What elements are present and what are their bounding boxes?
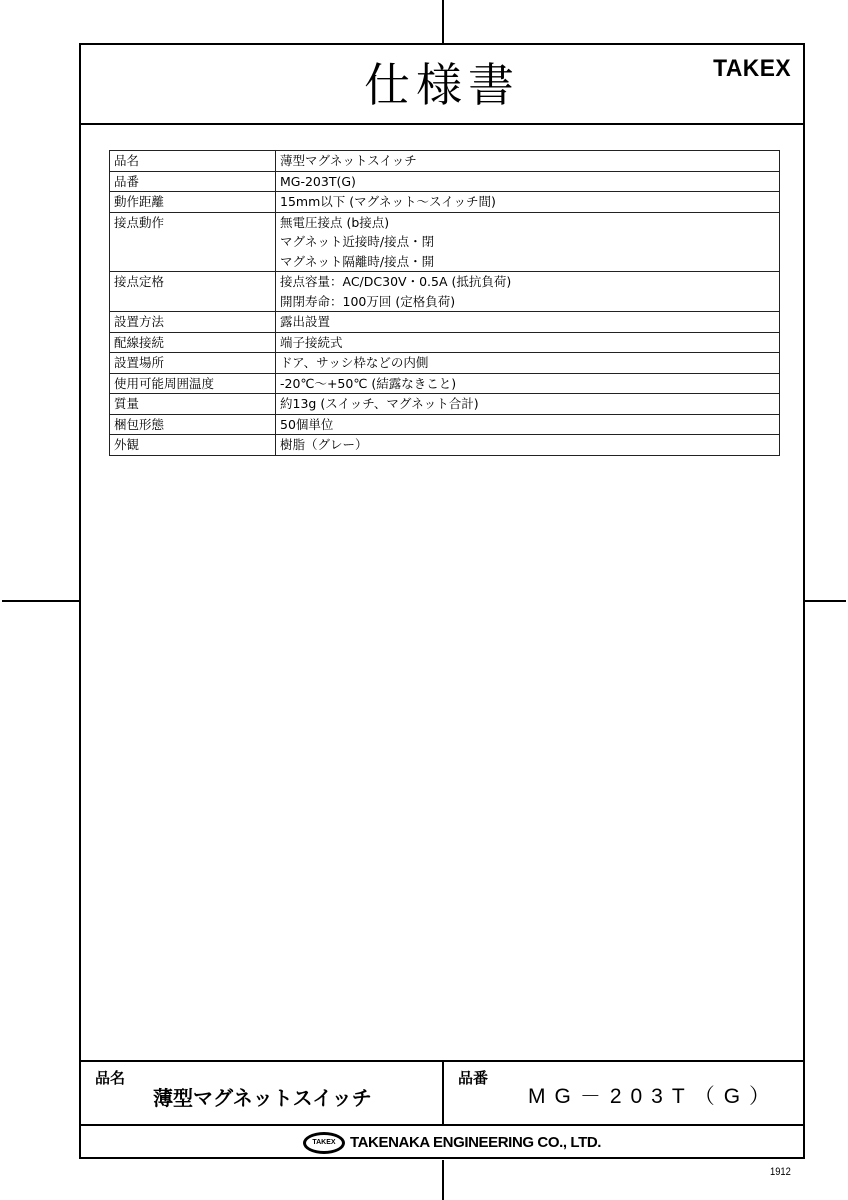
footer-code-value: MG－203T（G） xyxy=(528,1080,779,1110)
spec-value-line: 端子接続式 xyxy=(280,333,775,353)
spec-label: 動作距離 xyxy=(110,192,276,213)
spec-label: 設置場所 xyxy=(110,353,276,374)
spec-value: 無電圧接点 (b接点)マグネット近接時/接点・閉マグネット隔離時/接点・開 xyxy=(276,212,780,272)
table-row: 質量約13g (スイッチ、マグネット合計) xyxy=(110,394,780,415)
spec-label: 梱包形態 xyxy=(110,414,276,435)
spec-label: 外観 xyxy=(110,435,276,456)
spec-value-line: マグネット近接時/接点・閉 xyxy=(280,232,775,252)
spec-value-line: 開閉寿命：100万回 (定格負荷) xyxy=(280,292,775,312)
footer-name-label: 品名 xyxy=(95,1067,125,1088)
footer-name-value: 薄型マグネットスイッチ xyxy=(153,1082,372,1111)
spec-value-line: 約13g (スイッチ、マグネット合計) xyxy=(280,394,775,414)
spec-value-line: ドア、サッシ枠などの内側 xyxy=(280,353,775,373)
spec-value: 接点容量：AC/DC30V・0.5A (抵抗負荷)開閉寿命：100万回 (定格負… xyxy=(276,272,780,312)
document-frame: 仕様書 TAKEX 品名薄型マグネットスイッチ品番MG-203T(G)動作距離1… xyxy=(79,43,805,1159)
crop-mark-top xyxy=(442,0,444,44)
spec-value-line: 接点容量：AC/DC30V・0.5A (抵抗負荷) xyxy=(280,272,775,292)
spec-label: 接点動作 xyxy=(110,212,276,272)
spec-value-line: 露出設置 xyxy=(280,312,775,332)
spec-value: 50個単位 xyxy=(276,414,780,435)
spec-value: -20℃～+50℃ (結露なきこと) xyxy=(276,373,780,394)
page-title: 仕様書 xyxy=(81,55,803,115)
table-row: 品番MG-203T(G) xyxy=(110,171,780,192)
spec-label: 配線接続 xyxy=(110,332,276,353)
takex-oval-logo-icon: TAKEX xyxy=(303,1132,345,1154)
spec-label: 使用可能周囲温度 xyxy=(110,373,276,394)
footer-product-code-cell: 品番 MG－203T（G） xyxy=(444,1062,803,1124)
product-footer: 品名 薄型マグネットスイッチ 品番 MG－203T（G） xyxy=(81,1060,803,1126)
spec-value: 端子接続式 xyxy=(276,332,780,353)
spec-table: 品名薄型マグネットスイッチ品番MG-203T(G)動作距離15mm以下 (マグネ… xyxy=(109,150,780,456)
spec-value-line: 無電圧接点 (b接点) xyxy=(280,213,775,233)
document-header: 仕様書 TAKEX xyxy=(81,45,803,125)
spec-value: MG-203T(G) xyxy=(276,171,780,192)
document-code: 1912 xyxy=(770,1166,791,1178)
table-row: 動作距離15mm以下 (マグネット～スイッチ間) xyxy=(110,192,780,213)
spec-value-line: 50個単位 xyxy=(280,415,775,435)
spec-label: 質量 xyxy=(110,394,276,415)
table-row: 使用可能周囲温度-20℃～+50℃ (結露なきこと) xyxy=(110,373,780,394)
spec-value: ドア、サッシ枠などの内側 xyxy=(276,353,780,374)
spec-label: 品番 xyxy=(110,171,276,192)
table-row: 梱包形態50個単位 xyxy=(110,414,780,435)
table-row: 設置場所ドア、サッシ枠などの内側 xyxy=(110,353,780,374)
table-row: 外観樹脂（グレー） xyxy=(110,435,780,456)
spec-value: 15mm以下 (マグネット～スイッチ間) xyxy=(276,192,780,213)
spec-value-line: 樹脂（グレー） xyxy=(280,435,775,455)
spec-label: 品名 xyxy=(110,151,276,172)
spec-value-line: MG-203T(G) xyxy=(280,172,775,192)
spec-value-line: マグネット隔離時/接点・開 xyxy=(280,252,775,272)
crop-mark-bottom xyxy=(442,1160,444,1200)
spec-value: 樹脂（グレー） xyxy=(276,435,780,456)
spec-value: 露出設置 xyxy=(276,312,780,333)
table-row: 接点定格接点容量：AC/DC30V・0.5A (抵抗負荷)開閉寿命：100万回 … xyxy=(110,272,780,312)
footer-product-name-cell: 品名 薄型マグネットスイッチ xyxy=(81,1062,444,1124)
table-row: 配線接続端子接続式 xyxy=(110,332,780,353)
footer-code-label: 品番 xyxy=(458,1067,488,1088)
spec-value: 薄型マグネットスイッチ xyxy=(276,151,780,172)
brand-logo: TAKEX xyxy=(713,55,791,83)
spec-value: 約13g (スイッチ、マグネット合計) xyxy=(276,394,780,415)
crop-mark-left xyxy=(2,600,80,602)
spec-label: 設置方法 xyxy=(110,312,276,333)
spec-value-line: -20℃～+50℃ (結露なきこと) xyxy=(280,374,775,394)
table-row: 品名薄型マグネットスイッチ xyxy=(110,151,780,172)
table-row: 接点動作無電圧接点 (b接点)マグネット近接時/接点・閉マグネット隔離時/接点・… xyxy=(110,212,780,272)
company-bar: TAKEX TAKENAKA ENGINEERING CO., LTD. xyxy=(81,1126,803,1159)
spec-value-line: 薄型マグネットスイッチ xyxy=(280,151,775,171)
crop-mark-right xyxy=(805,600,846,602)
spec-label: 接点定格 xyxy=(110,272,276,312)
company-name: TAKENAKA ENGINEERING CO., LTD. xyxy=(350,1134,601,1151)
spec-value-line: 15mm以下 (マグネット～スイッチ間) xyxy=(280,192,775,212)
table-row: 設置方法露出設置 xyxy=(110,312,780,333)
